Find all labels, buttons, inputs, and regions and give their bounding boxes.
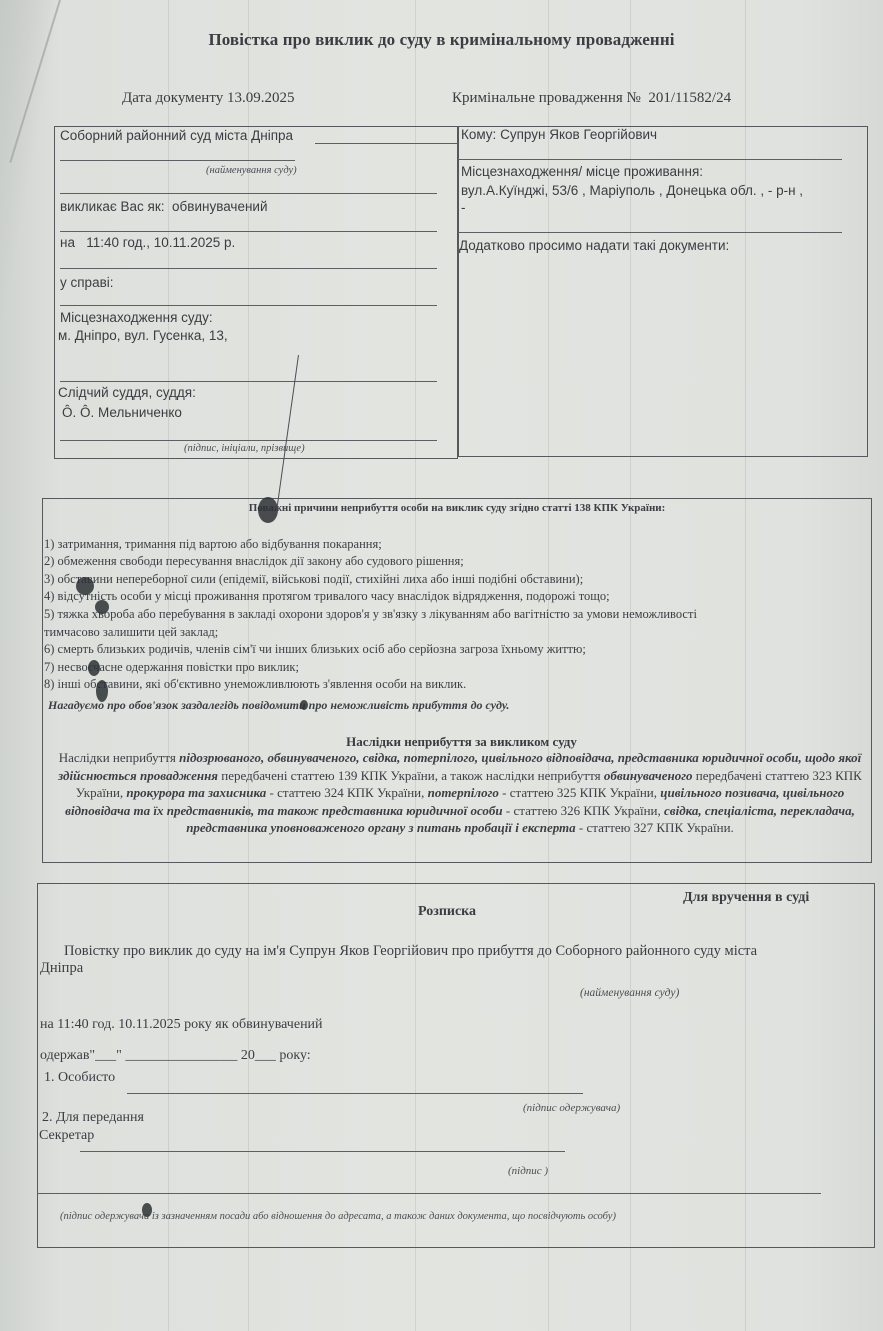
residence-address-cont: - (461, 200, 466, 215)
summons-as-value: обвинувачений (172, 199, 267, 214)
ink-blot (300, 700, 308, 710)
time-label: на (60, 235, 75, 250)
reasons-heading: Поважні причини неприбуття особи на викл… (44, 500, 870, 518)
personally-label: 1. Особисто (44, 1070, 115, 1086)
ink-blot (258, 497, 278, 523)
document-title: Повістка про виклик до суду в кримінальн… (0, 30, 883, 50)
ink-blot (88, 660, 100, 676)
judge-label: Слідчий суддя, суддя: (58, 385, 196, 400)
signature-line (37, 1193, 821, 1194)
signature-line (80, 1151, 565, 1152)
summons-role: викликає Вас як: обвинувачений (60, 199, 268, 214)
underline (60, 381, 437, 382)
summons-as-label: викликає Вас як: (60, 199, 165, 214)
consequence-text-segment: Наслідки неприбуття (59, 750, 179, 765)
secretary-label: Секретар (39, 1128, 94, 1144)
secretary-signature-note: (підпис ) (508, 1165, 548, 1177)
receipt-court-note: (найменування суду) (580, 987, 679, 999)
hearing-time: на 11:40 год., 10.11.2025 р. (60, 235, 235, 250)
reason-item: тимчасово залишити цей заклад; (44, 624, 870, 642)
consequence-text-segment: передбачені статтею 139 КПК України, а т… (218, 768, 604, 783)
underline (458, 232, 842, 233)
residence-label: Місцезнаходження/ місце проживання: (461, 164, 703, 179)
received-date-line: одержав"___" ________________ 20___ року… (40, 1048, 311, 1064)
consequence-text-segment: - статтею 324 КПК України, (266, 785, 427, 800)
residence-address: вул.А.Куїнджі, 53/6 , Маріуполь , Донець… (461, 183, 803, 198)
case-number-line: Кримінальне провадження № 201/11582/24 (452, 90, 731, 107)
case-number: 201/11582/24 (648, 90, 731, 106)
reason-item: 5) тяжка хвороба або перебування в закла… (44, 606, 870, 624)
court-location-value: м. Дніпро, вул. Гусенка, 13, (58, 328, 228, 343)
consequence-text-segment: - статтею 326 КПК України, (503, 803, 664, 818)
consequence-emphasis: прокурора та захисника (126, 785, 266, 800)
court-name: Соборний районний суд міста Дніпра (60, 128, 293, 143)
case-label: Кримінальне провадження № (452, 90, 641, 106)
document-date: Дата документу 13.09.2025 (122, 90, 294, 107)
reasons-list: 1) затримання, тримання під вартою або в… (44, 536, 870, 694)
consequence-emphasis: обвинуваченого (604, 768, 693, 783)
recipient-label: Кому: (461, 127, 496, 142)
reason-item: 6) смерть близьких родичів, членів сім'ї… (44, 641, 870, 659)
ink-blot (95, 600, 109, 614)
reminder-text: Нагадуємо про обов'язок заздалегідь пові… (48, 698, 509, 713)
court-location-label: Місцезнаходження суду: (60, 310, 213, 325)
recipient: Кому: Супрун Яков Георгійович (461, 127, 657, 142)
receipt-title: Розписка (418, 904, 476, 920)
consequences-heading: Наслідки неприбуття за викликом суду (40, 734, 883, 750)
signature-line (127, 1093, 583, 1094)
underline (60, 268, 437, 269)
for-court-label: Для вручення в суді (683, 890, 809, 906)
recipient-signature-note: (підпис одержувача) (523, 1102, 620, 1114)
additional-documents-label: Додатково просимо надати такі документи: (459, 238, 729, 253)
underline (60, 160, 295, 161)
underline (458, 159, 842, 160)
underline (315, 143, 457, 144)
recipient-name: Супрун Яков Георгійович (500, 127, 657, 142)
reason-item: 1) затримання, тримання під вартою або в… (44, 536, 870, 554)
consequence-emphasis: потерпілого (428, 785, 499, 800)
transfer-label: 2. Для передання (42, 1110, 144, 1126)
reason-item: 2) обмеження свободи пересування внаслід… (44, 553, 870, 571)
reason-item: 3) обставини непереборної сили (епідемії… (44, 571, 870, 589)
ink-blot (96, 680, 108, 702)
judge-name: Ô. Ô. Мельниченко (62, 405, 182, 420)
reason-item: 8) інші обставини, які об'єктивно унемож… (44, 676, 870, 694)
date-value: 13.09.2025 (227, 90, 295, 106)
receipt-body-line2: Дніпра (40, 960, 83, 977)
ink-blot (76, 577, 94, 595)
valid-reasons-section: Поважні причини неприбуття особи на викл… (44, 500, 870, 694)
consequences-text: Наслідки неприбуття підозрюваного, обвин… (44, 749, 876, 837)
underline (60, 231, 437, 232)
time-value: 11:40 год., 10.11.2025 р. (86, 235, 235, 250)
court-name-note: (найменування суду) (206, 165, 297, 176)
receipt-time-line: на 11:40 год. 10.11.2025 року як обвинув… (40, 1017, 323, 1033)
receipt-body-line1: Повістку про виклик до суду на ім'я Супр… (64, 943, 757, 960)
reason-item: 4) відсутність особи у місці проживання … (44, 588, 870, 606)
underline (60, 305, 437, 306)
reason-item: 7) несвоєчасне одержання повістки про ви… (44, 659, 870, 677)
ink-blot (142, 1203, 152, 1217)
consequence-text-segment: - статтею 327 КПК України. (576, 820, 734, 835)
case-subject-label: у справі: (60, 275, 114, 290)
date-label: Дата документу (122, 90, 223, 106)
underline (60, 193, 437, 194)
underline (60, 440, 437, 441)
consequence-text-segment: - статтею 325 КПК України, (499, 785, 660, 800)
